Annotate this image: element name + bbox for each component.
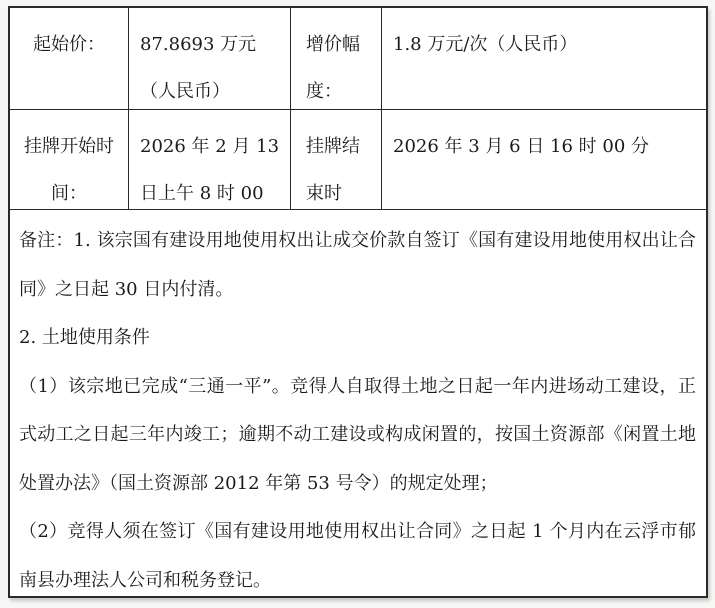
land-listing-info-table: 起始价： 87.8693 万元（人民币） 增价幅度： 1.8 万元/次（人民币）… xyxy=(8,6,708,598)
table-row-listing-time: 挂牌开始时间： 2026 年 2 月 13 日上午 8 时 00 分 挂牌结束时… xyxy=(10,110,706,210)
remarks-paragraph-payment: 备注：1. 该宗国有建设用地使用权出让成交价款自签订《国有建设用地使用权出让合同… xyxy=(19,217,696,314)
price-increment-label: 增价幅度： xyxy=(291,8,382,110)
table-row-price: 起始价： 87.8693 万元（人民币） 增价幅度： 1.8 万元/次（人民币） xyxy=(10,8,706,110)
remarks-paragraph-registration-terms: （2）竞得人须在签订《国有建设用地使用权出让合同》之日起 1 个月内在云浮市郁南… xyxy=(19,508,696,598)
listing-start-time-label: 挂牌开始时间： xyxy=(10,110,129,210)
listing-start-time-value: 2026 年 2 月 13 日上午 8 时 00 分 xyxy=(129,110,291,210)
listing-end-time-label: 挂牌结束时间： xyxy=(291,110,382,210)
remarks-paragraph-construction-terms: （1）该宗地已完成“三通一平”。竞得人自取得土地之日起一年内进场动工建设，正式动… xyxy=(19,363,696,509)
start-price-label: 起始价： xyxy=(10,8,129,110)
listing-end-time-value: 2026 年 3 月 6 日 16 时 00 分 xyxy=(382,110,706,210)
remarks-section: 备注：1. 该宗国有建设用地使用权出让成交价款自签订《国有建设用地使用权出让合同… xyxy=(10,210,706,598)
price-increment-value: 1.8 万元/次（人民币） xyxy=(382,8,706,110)
start-price-value: 87.8693 万元（人民币） xyxy=(129,8,291,110)
remarks-paragraph-land-use-conditions-heading: 2. 土地使用条件 xyxy=(19,314,696,363)
